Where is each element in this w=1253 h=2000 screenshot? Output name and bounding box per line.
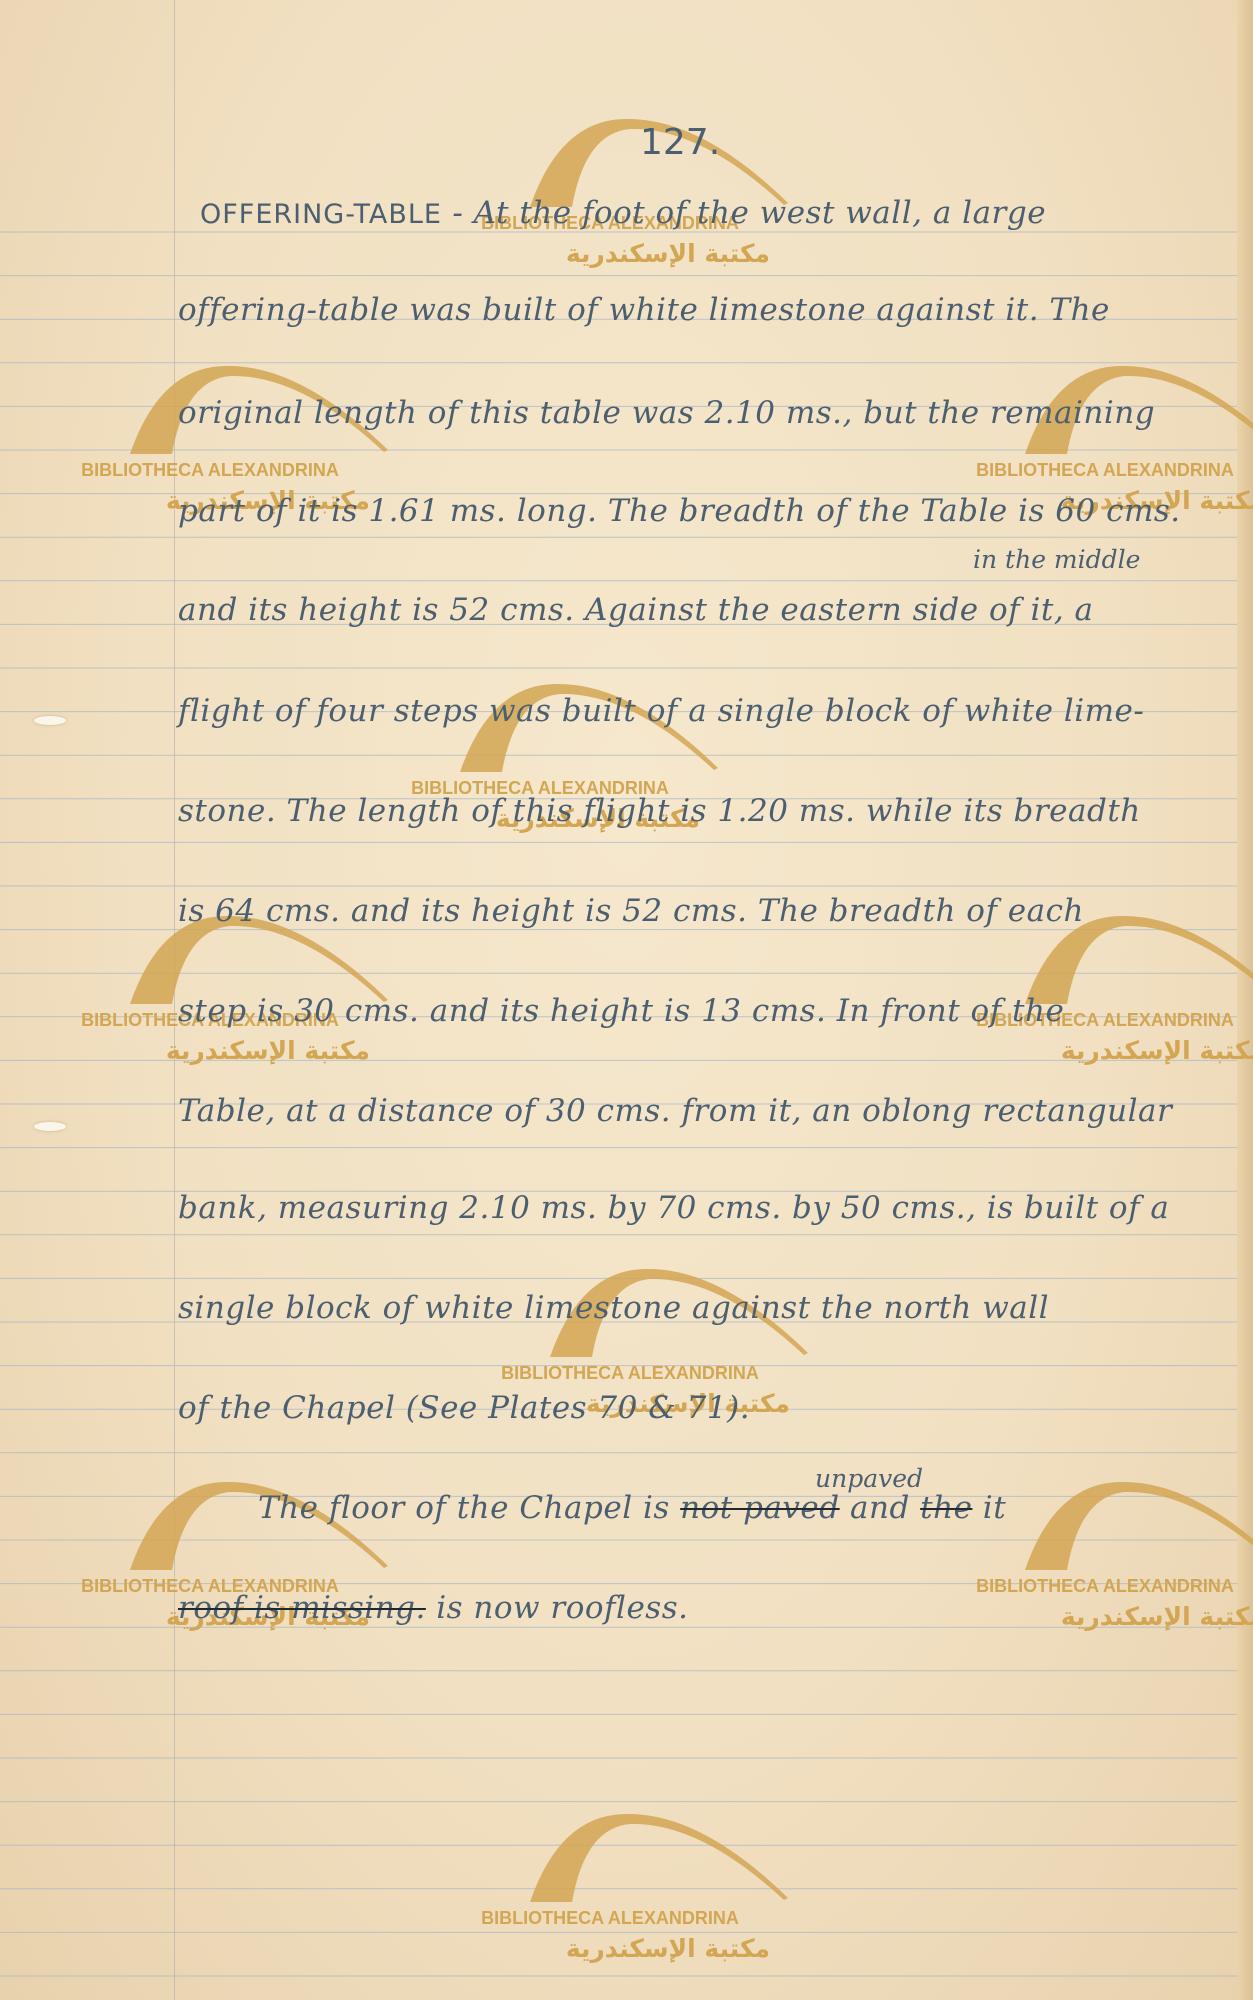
struck-text: roof is missing. bbox=[178, 1590, 426, 1626]
text-segment: flight of four steps was built of a sing… bbox=[178, 693, 1144, 729]
watermark-arabic: مكتبة الإسكندرية bbox=[1065, 1602, 1253, 1631]
text-line: OFFERING-TABLE - At the foot of the west… bbox=[200, 195, 1046, 231]
arch-logo-icon bbox=[1025, 1478, 1253, 1573]
text-line: bank, measuring 2.10 ms. by 70 cms. by 5… bbox=[178, 1190, 1169, 1226]
text-segment: part of it is 1.61 ms. long. The breadth… bbox=[178, 493, 1181, 529]
text-segment: original length of this table was 2.10 m… bbox=[178, 395, 1155, 431]
text-line: roof is missing. is now roofless. bbox=[178, 1590, 688, 1626]
insertion-in-the-middle: in the middle bbox=[973, 545, 1140, 574]
text-segment: stone. The length of this flight is 1.20… bbox=[178, 793, 1141, 829]
struck-text: the bbox=[920, 1490, 972, 1526]
manuscript-page: BIBLIOTHECA ALEXANDRINA مكتبة الإسكندرية… bbox=[0, 0, 1253, 2000]
watermark-english: BIBLIOTHECA ALEXANDRINA bbox=[955, 460, 1253, 481]
struck-text: not paved bbox=[680, 1490, 839, 1526]
text-line: part of it is 1.61 ms. long. The breadth… bbox=[178, 493, 1181, 529]
text-segment: is 64 cms. and its height is 52 cms. The… bbox=[178, 893, 1084, 929]
text-segment: and bbox=[840, 1490, 921, 1526]
punch-hole bbox=[34, 716, 66, 725]
text-segment: The floor of the Chapel is bbox=[258, 1490, 680, 1526]
text-line: offering-table was built of white limest… bbox=[178, 292, 1110, 328]
watermark-arabic: مكتبة الإسكندرية bbox=[170, 1036, 370, 1065]
watermark-english: BIBLIOTHECA ALEXANDRINA bbox=[460, 1908, 760, 1929]
text-line: flight of four steps was built of a sing… bbox=[178, 693, 1144, 729]
text-segment: it bbox=[972, 1490, 1006, 1526]
insertion-unpaved: unpaved bbox=[815, 1464, 923, 1493]
watermark-english: BIBLIOTHECA ALEXANDRINA bbox=[60, 460, 360, 481]
text-segment: - bbox=[442, 195, 474, 231]
section-heading: OFFERING-TABLE bbox=[200, 199, 442, 230]
text-segment: offering-table was built of white limest… bbox=[178, 292, 1110, 328]
punch-hole bbox=[34, 1122, 66, 1131]
text-line: Table, at a distance of 30 cms. from it,… bbox=[178, 1093, 1172, 1129]
text-line: stone. The length of this flight is 1.20… bbox=[178, 793, 1141, 829]
text-line: original length of this table was 2.10 m… bbox=[178, 395, 1155, 431]
text-segment: single block of white limestone against … bbox=[178, 1290, 1049, 1326]
text-segment: is now roofless. bbox=[426, 1590, 689, 1626]
text-line: The floor of the Chapel is not paved and… bbox=[258, 1490, 1006, 1526]
page-number: 127. bbox=[640, 122, 720, 163]
watermark-english: BIBLIOTHECA ALEXANDRINA bbox=[955, 1576, 1253, 1597]
text-segment: At the foot of the west wall, a large bbox=[474, 195, 1046, 231]
watermark-arabic: مكتبة الإسكندرية bbox=[570, 1934, 770, 1963]
text-line: and its height is 52 cms. Against the ea… bbox=[178, 592, 1094, 628]
text-segment: step is 30 cms. and its height is 13 cms… bbox=[178, 993, 1064, 1029]
watermark-arabic: مكتبة الإسكندرية bbox=[570, 239, 770, 268]
text-segment: of the Chapel (See Plates 70 & 71). bbox=[178, 1390, 750, 1426]
text-segment: and its height is 52 cms. Against the ea… bbox=[178, 592, 1094, 628]
watermark-arabic: مكتبة الإسكندرية bbox=[1065, 1036, 1253, 1065]
text-line: of the Chapel (See Plates 70 & 71). bbox=[178, 1390, 750, 1426]
text-segment: Table, at a distance of 30 cms. from it,… bbox=[178, 1093, 1172, 1129]
watermark-english: BIBLIOTHECA ALEXANDRINA bbox=[480, 1363, 780, 1384]
text-line: is 64 cms. and its height is 52 cms. The… bbox=[178, 893, 1084, 929]
text-segment: bank, measuring 2.10 ms. by 70 cms. by 5… bbox=[178, 1190, 1169, 1226]
text-line: step is 30 cms. and its height is 13 cms… bbox=[178, 993, 1064, 1029]
text-line: single block of white limestone against … bbox=[178, 1290, 1049, 1326]
arch-logo-icon bbox=[530, 1810, 790, 1905]
